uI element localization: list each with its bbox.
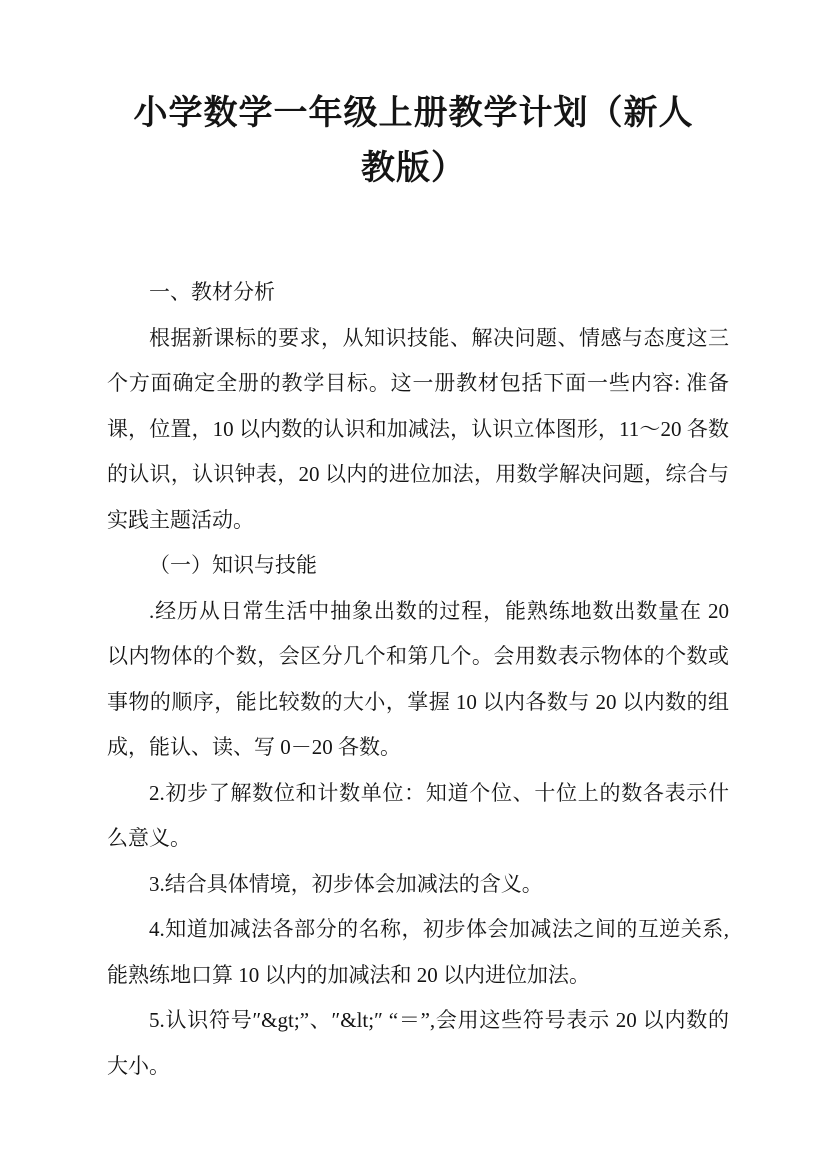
paragraph-goal-1: .经历从日常生活中抽象出数的过程，能熟练地数出数量在 20 以内物体的个数，会区… bbox=[107, 589, 729, 771]
paragraph-goal-5: 5.认识符号″&gt;”、″&lt;″ “＝”,会用这些符号表示 20 以内数的… bbox=[107, 998, 729, 1089]
section-heading-material-analysis: 一、教材分析 bbox=[107, 270, 729, 316]
document-title: 小学数学一年级上册教学计划（新人教版） bbox=[131, 86, 697, 196]
paragraph-goal-2: 2.初步了解数位和计数单位：知道个位、十位上的数各表示什么意义。 bbox=[107, 771, 729, 862]
paragraph-goal-3: 3.结合具体情境，初步体会加减法的含义。 bbox=[107, 862, 729, 908]
subsection-heading-knowledge-skills: （一）知识与技能 bbox=[107, 543, 729, 589]
document-page: 小学数学一年级上册教学计划（新人教版） 一、教材分析 根据新课标的要求，从知识技… bbox=[0, 0, 827, 1169]
document-body: 一、教材分析 根据新课标的要求，从知识技能、解决问题、情感与态度这三个方面确定全… bbox=[107, 270, 729, 1089]
paragraph-material-overview: 根据新课标的要求，从知识技能、解决问题、情感与态度这三个方面确定全册的教学目标。… bbox=[107, 316, 729, 544]
paragraph-goal-4: 4.知道加减法各部分的名称，初步体会加减法之间的互逆关系,能熟练地口算 10 以… bbox=[107, 907, 729, 998]
